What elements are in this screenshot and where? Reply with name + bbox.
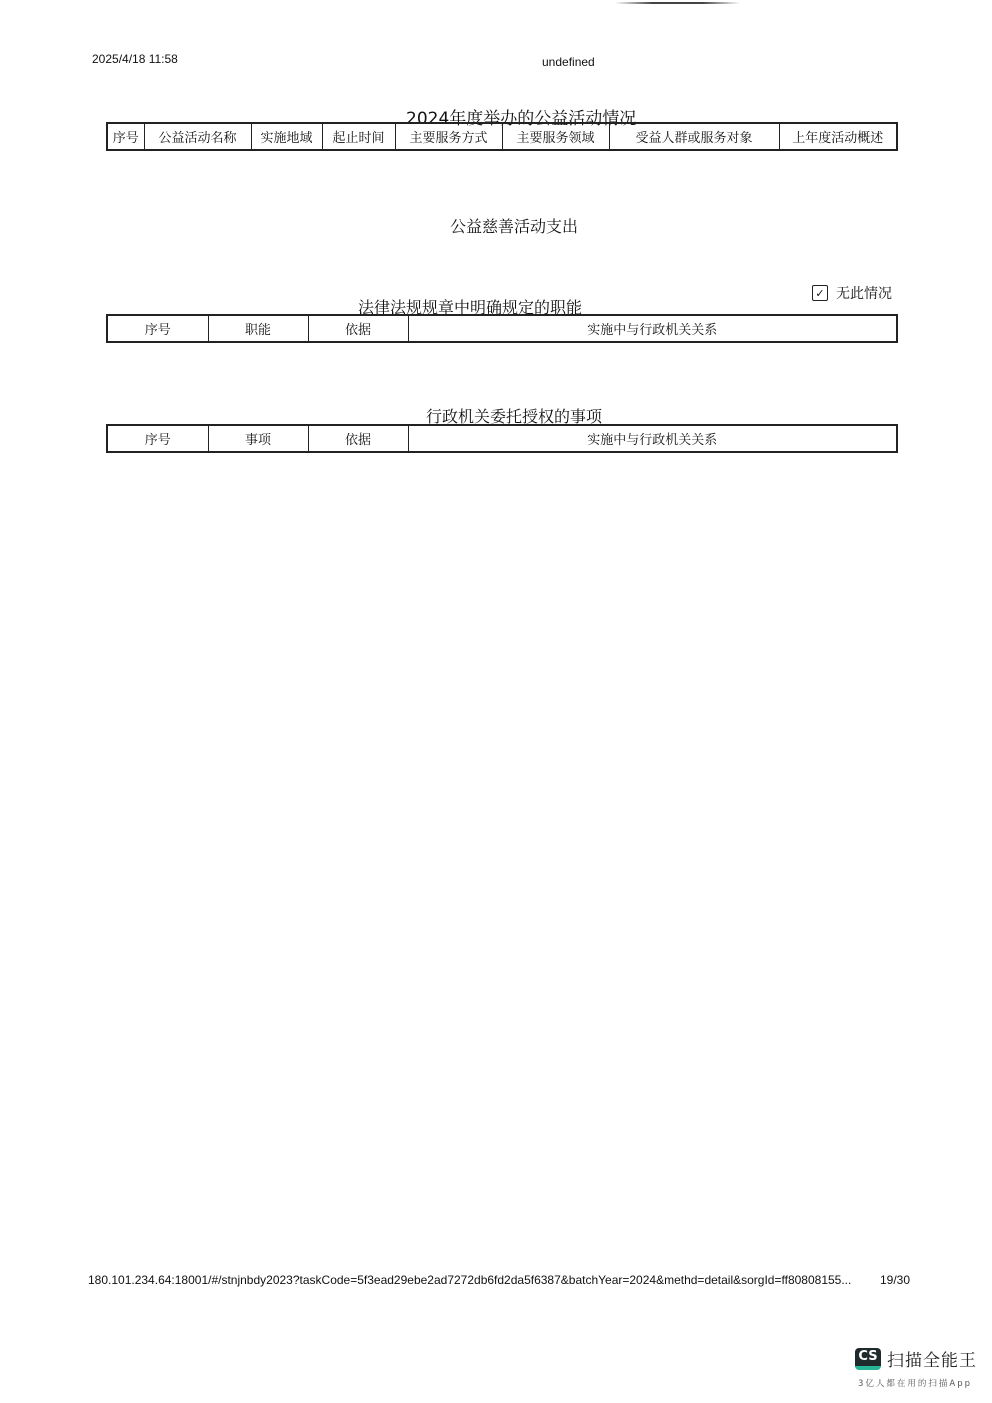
col-header: 实施中与行政机关关系 [408, 315, 897, 342]
camscanner-logo-icon: CS [855, 1348, 881, 1370]
col-header: 依据 [308, 425, 408, 452]
statutory-functions-table: 序号 职能 依据 实施中与行政机关关系 [106, 314, 898, 343]
table-header-row: 序号 公益活动名称 实施地域 起止时间 主要服务方式 主要服务领域 受益人群或服… [107, 123, 897, 150]
no-such-case-label: 无此情况 [836, 283, 892, 303]
section-title-expenditure: 公益慈善活动支出 [450, 214, 578, 237]
scan-artifact-line [615, 2, 740, 4]
col-header: 职能 [208, 315, 308, 342]
col-header: 公益活动名称 [144, 123, 251, 150]
activities-table: 序号 公益活动名称 实施地域 起止时间 主要服务方式 主要服务领域 受益人群或服… [106, 122, 898, 151]
col-header: 依据 [308, 315, 408, 342]
col-header: 实施地域 [251, 123, 322, 150]
col-header: 起止时间 [322, 123, 395, 150]
col-header: 序号 [107, 123, 144, 150]
table-header-row: 序号 职能 依据 实施中与行政机关关系 [107, 315, 897, 342]
checkbox-checked-icon: ✓ [812, 285, 828, 301]
col-header: 序号 [107, 315, 208, 342]
print-page-title: undefined [542, 55, 595, 69]
page-number: 19/30 [880, 1273, 910, 1287]
table-header-row: 序号 事项 依据 实施中与行政机关关系 [107, 425, 897, 452]
col-header: 事项 [208, 425, 308, 452]
camscanner-name: 扫描全能王 [887, 1346, 977, 1371]
camscanner-watermark: CS 扫描全能王 [855, 1346, 977, 1371]
col-header: 主要服务方式 [395, 123, 502, 150]
print-datetime: 2025/4/18 11:58 [92, 52, 178, 66]
print-url: 180.101.234.64:18001/#/stnjnbdy2023?task… [88, 1273, 851, 1287]
col-header: 主要服务领域 [502, 123, 609, 150]
camscanner-tagline: 3亿人都在用的扫描App [858, 1377, 972, 1389]
no-such-case-flag: ✓ 无此情况 [812, 283, 892, 303]
col-header: 实施中与行政机关关系 [408, 425, 897, 452]
col-header: 序号 [107, 425, 208, 452]
col-header: 受益人群或服务对象 [609, 123, 779, 150]
delegated-matters-table: 序号 事项 依据 实施中与行政机关关系 [106, 424, 898, 453]
col-header: 上年度活动概述 [779, 123, 897, 150]
